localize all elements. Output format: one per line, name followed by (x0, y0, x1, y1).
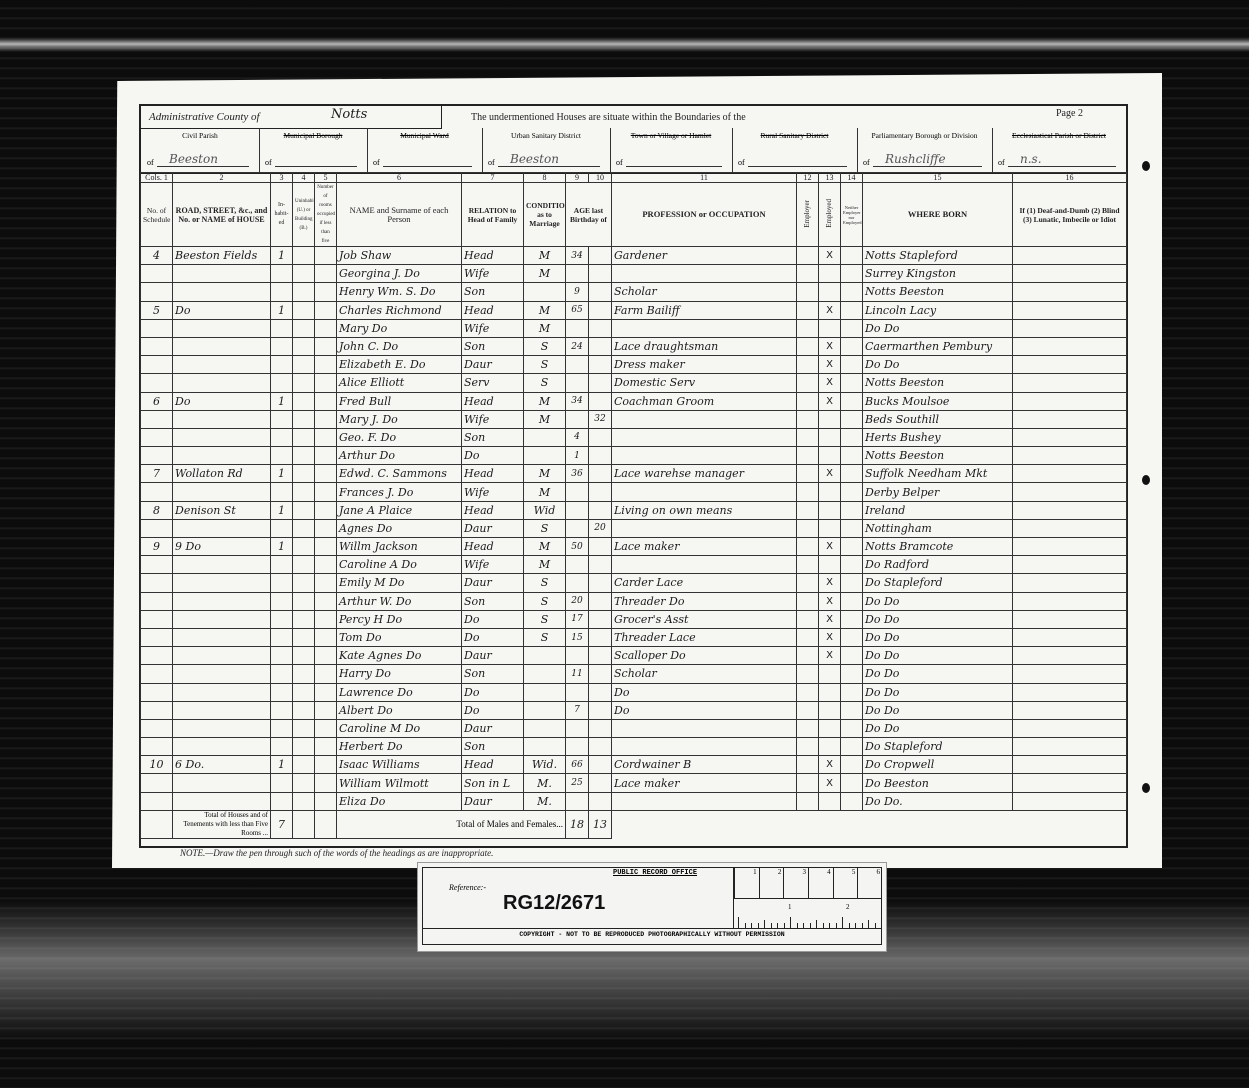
occupation: Lace draughtsman (612, 337, 797, 355)
employer (797, 719, 819, 737)
employed-mark (819, 665, 841, 683)
employer (797, 301, 819, 319)
condition (524, 447, 566, 465)
schedule-no (141, 428, 173, 446)
employed-mark: X (819, 628, 841, 646)
occupation: Do (612, 701, 797, 719)
uninhabited (293, 738, 315, 756)
totals-blank (141, 810, 173, 838)
column-number: 7 (462, 173, 524, 183)
infirmity (1013, 247, 1127, 265)
inhabited-count (271, 719, 293, 737)
road-name: Wollaton Rd (173, 465, 271, 483)
rooms (315, 356, 337, 374)
district-underline (383, 166, 472, 167)
employer (797, 319, 819, 337)
person-name: Edwd. C. Sammons (337, 465, 462, 483)
birthplace: Surrey Kingston (863, 265, 1013, 283)
header-infirmity: If (1) Deaf-and-Dumb (2) Blind (3) Lunat… (1013, 183, 1127, 247)
person-name: Percy H Do (337, 610, 462, 628)
census-table: Cols. 12345678910111213141516 No. of Sch… (140, 172, 1127, 839)
male-age: 17 (566, 610, 589, 628)
birthplace: Do Do (863, 683, 1013, 701)
female-age (589, 337, 612, 355)
occupation (612, 447, 797, 465)
neither (841, 610, 863, 628)
employer (797, 392, 819, 410)
neither (841, 519, 863, 537)
uninhabited (293, 265, 315, 283)
infirmity (1013, 738, 1127, 756)
employer (797, 610, 819, 628)
neither (841, 337, 863, 355)
uninhabited (293, 574, 315, 592)
male-age: 25 (566, 774, 589, 792)
male-age (566, 556, 589, 574)
neither (841, 756, 863, 774)
employed-mark (819, 265, 841, 283)
census-frame: Administrative County of Notts The under… (139, 104, 1128, 848)
condition (524, 738, 566, 756)
infirmity (1013, 719, 1127, 737)
employer (797, 574, 819, 592)
uninhabited (293, 356, 315, 374)
census-row: Percy H DoDoS17Grocer's AsstXDo Do (141, 610, 1127, 628)
neither (841, 683, 863, 701)
census-row: Alice ElliottServSDomestic ServXNotts Be… (141, 374, 1127, 392)
male-age (566, 574, 589, 592)
relation: Son (462, 428, 524, 446)
employed-mark: X (819, 301, 841, 319)
totals-blank (293, 810, 315, 838)
person-name: Caroline A Do (337, 556, 462, 574)
occupation (612, 556, 797, 574)
relation: Do (462, 701, 524, 719)
neither (841, 774, 863, 792)
condition (524, 665, 566, 683)
relation: Do (462, 610, 524, 628)
heading-note: NOTE.—Draw the pen through such of the w… (180, 848, 493, 858)
employed-mark: X (819, 538, 841, 556)
column-number: 8 (524, 173, 566, 183)
males-total: 18 (566, 810, 589, 838)
relation: Son (462, 738, 524, 756)
relation: Daur (462, 647, 524, 665)
schedule-no (141, 610, 173, 628)
male-age (566, 483, 589, 501)
female-age (589, 301, 612, 319)
birthplace: Notts Beeston (863, 447, 1013, 465)
header-condition: CONDITION as to Marriage (524, 183, 566, 247)
infirmity (1013, 792, 1127, 810)
employed-mark (819, 319, 841, 337)
occupation: Gardener (612, 247, 797, 265)
inhabited-count: 1 (271, 392, 293, 410)
neither (841, 738, 863, 756)
rooms (315, 756, 337, 774)
ruler-cm-mark: 1 (734, 868, 759, 898)
female-age: 32 (589, 410, 612, 428)
male-age (566, 719, 589, 737)
employed-mark: X (819, 392, 841, 410)
neither (841, 556, 863, 574)
birthplace: Herts Bushey (863, 428, 1013, 446)
district-of: of (147, 158, 154, 167)
employed-mark (819, 483, 841, 501)
header-employer: Employer (797, 183, 819, 247)
infirmity (1013, 756, 1127, 774)
employed-mark (819, 701, 841, 719)
employed-mark (819, 556, 841, 574)
census-row: 7Wollaton Rd1Edwd. C. SammonsHeadM36Lace… (141, 465, 1127, 483)
condition: M. (524, 774, 566, 792)
ruler-cm-mark: 3 (783, 868, 808, 898)
column-number: 5 (315, 173, 337, 183)
condition: M. (524, 792, 566, 810)
condition (524, 683, 566, 701)
uninhabited (293, 628, 315, 646)
male-age: 24 (566, 337, 589, 355)
infirmity (1013, 665, 1127, 683)
schedule-no (141, 683, 173, 701)
male-age (566, 683, 589, 701)
column-number: 6 (337, 173, 462, 183)
column-number: 12 (797, 173, 819, 183)
relation: Head (462, 538, 524, 556)
female-age (589, 501, 612, 519)
neither (841, 465, 863, 483)
schedule-no (141, 410, 173, 428)
occupation: Grocer's Asst (612, 610, 797, 628)
occupation (612, 265, 797, 283)
employer (797, 701, 819, 719)
birthplace: Do Stapleford (863, 738, 1013, 756)
district-of: of (863, 158, 870, 167)
female-age (589, 465, 612, 483)
birthplace: Notts Beeston (863, 283, 1013, 301)
district-of: of (998, 158, 1005, 167)
road-name (173, 356, 271, 374)
female-age (589, 319, 612, 337)
female-age (589, 447, 612, 465)
header-inhabited: In-habit-ed (271, 183, 293, 247)
census-rows: 4Beeston Fields1Job ShawHeadM34GardenerX… (141, 247, 1127, 839)
birthplace: Beds Southill (863, 410, 1013, 428)
female-age (589, 556, 612, 574)
schedule-no (141, 628, 173, 646)
infirmity (1013, 465, 1127, 483)
schedule-no (141, 574, 173, 592)
female-age (589, 628, 612, 646)
male-age: 34 (566, 392, 589, 410)
person-name: Albert Do (337, 701, 462, 719)
occupation: Carder Lace (612, 574, 797, 592)
female-age (589, 719, 612, 737)
relation: Serv (462, 374, 524, 392)
birthplace: Do Beeston (863, 774, 1013, 792)
infirmity (1013, 447, 1127, 465)
person-name: Alice Elliott (337, 374, 462, 392)
inhabited-count (271, 647, 293, 665)
condition: M (524, 392, 566, 410)
road-name (173, 647, 271, 665)
header-occupation: PROFESSION or OCCUPATION (612, 183, 797, 247)
relation: Son (462, 337, 524, 355)
condition: S (524, 356, 566, 374)
neither (841, 356, 863, 374)
header-road: ROAD, STREET, &c., and No. or NAME of HO… (173, 183, 271, 247)
inhabited-count (271, 447, 293, 465)
employer (797, 756, 819, 774)
inhabited-count (271, 592, 293, 610)
census-row: Eliza DoDaurM.Do Do. (141, 792, 1127, 810)
person-name: Geo. F. Do (337, 428, 462, 446)
schedule-no (141, 592, 173, 610)
male-age (566, 374, 589, 392)
employed-mark: X (819, 592, 841, 610)
inhabited-count (271, 665, 293, 683)
birthplace: Do Do (863, 719, 1013, 737)
census-row: Geo. F. DoSon4Herts Bushey (141, 428, 1127, 446)
houses-total-value: 7 (271, 810, 293, 838)
relation: Son (462, 665, 524, 683)
infirmity (1013, 592, 1127, 610)
employed-mark: X (819, 374, 841, 392)
rooms (315, 792, 337, 810)
rooms (315, 538, 337, 556)
schedule-no: 4 (141, 247, 173, 265)
employed-mark (819, 719, 841, 737)
road-name (173, 774, 271, 792)
uninhabited (293, 683, 315, 701)
occupation: Lace warehse manager (612, 465, 797, 483)
person-name: Mary Do (337, 319, 462, 337)
schedule-no (141, 665, 173, 683)
record-office-title: PUBLIC RECORD OFFICE (613, 869, 697, 877)
rooms (315, 428, 337, 446)
male-age: 9 (566, 283, 589, 301)
column-number-row: Cols. 12345678910111213141516 (141, 173, 1127, 183)
road-name (173, 610, 271, 628)
column-number: 11 (612, 173, 797, 183)
employer (797, 665, 819, 683)
infirmity (1013, 483, 1127, 501)
inhabited-count: 1 (271, 538, 293, 556)
uninhabited (293, 247, 315, 265)
person-name: Frances J. Do (337, 483, 462, 501)
inhabited-count (271, 410, 293, 428)
person-name: Kate Agnes Do (337, 647, 462, 665)
neither (841, 410, 863, 428)
relation: Head (462, 301, 524, 319)
schedule-no (141, 319, 173, 337)
rooms (315, 410, 337, 428)
district-ecclesiastical-parish-or-district: Ecclesiastical Parish or Districtofn.s. (992, 128, 1126, 172)
district-civil-parish: Civil ParishofBeeston (141, 128, 260, 172)
female-age (589, 665, 612, 683)
district-value: Beeston (510, 152, 559, 166)
occupation: Scalloper Do (612, 647, 797, 665)
inhabited-count: 1 (271, 465, 293, 483)
inhabited-count: 1 (271, 247, 293, 265)
census-row: Herbert DoSonDo Stapleford (141, 738, 1127, 756)
ruler-inch-mark: 1 (788, 903, 792, 911)
females-total: 13 (589, 810, 612, 838)
person-name: Arthur W. Do (337, 592, 462, 610)
copyright-notice: COPYRIGHT - NOT TO BE REPRODUCED PHOTOGR… (423, 928, 881, 938)
census-row: Tom DoDoS15Threader LaceXDo Do (141, 628, 1127, 646)
employer (797, 792, 819, 810)
inhabited-count (271, 628, 293, 646)
female-age (589, 738, 612, 756)
road-name (173, 265, 271, 283)
uninhabited (293, 756, 315, 774)
column-number: Cols. 1 (141, 173, 173, 183)
rooms (315, 774, 337, 792)
occupation: Farm Bailiff (612, 301, 797, 319)
relation: Head (462, 501, 524, 519)
male-age (566, 738, 589, 756)
uninhabited (293, 719, 315, 737)
census-row: Arthur W. DoSonS20Threader DoXDo Do (141, 592, 1127, 610)
road-name: Do (173, 392, 271, 410)
female-age (589, 574, 612, 592)
reference-number: RG12/2671 (503, 892, 605, 915)
road-name (173, 556, 271, 574)
employer (797, 337, 819, 355)
schedule-no: 6 (141, 392, 173, 410)
employer (797, 774, 819, 792)
infirmity (1013, 647, 1127, 665)
occupation (612, 738, 797, 756)
uninhabited (293, 392, 315, 410)
road-name (173, 628, 271, 646)
neither (841, 374, 863, 392)
rooms (315, 392, 337, 410)
occupation: Threader Do (612, 592, 797, 610)
person-name: Henry Wm. S. Do (337, 283, 462, 301)
birthplace: Caermarthen Pembury (863, 337, 1013, 355)
uninhabited (293, 283, 315, 301)
rooms (315, 301, 337, 319)
column-number: 3 (271, 173, 293, 183)
employer (797, 265, 819, 283)
neither (841, 501, 863, 519)
condition: S (524, 610, 566, 628)
rooms (315, 374, 337, 392)
schedule-no (141, 774, 173, 792)
neither (841, 428, 863, 446)
male-age (566, 501, 589, 519)
male-age (566, 647, 589, 665)
totals-blank (315, 810, 337, 838)
schedule-no (141, 556, 173, 574)
schedule-no: 10 (141, 756, 173, 774)
district-underline (626, 166, 722, 167)
census-row: Elizabeth E. DoDaurSDress makerXDo Do (141, 356, 1127, 374)
ruler-cm-mark: 6 (857, 868, 882, 898)
inhabited-count (271, 701, 293, 719)
person-name: Herbert Do (337, 738, 462, 756)
employed-mark (819, 792, 841, 810)
header-uninhabited: Uninhabited (U.) or Building (B.) (293, 183, 315, 247)
female-age (589, 592, 612, 610)
schedule-no (141, 647, 173, 665)
female-age (589, 283, 612, 301)
road-name (173, 792, 271, 810)
birthplace: Do Radford (863, 556, 1013, 574)
census-row: 6Do1Fred BullHeadM34Coachman GroomXBucks… (141, 392, 1127, 410)
occupation: Dress maker (612, 356, 797, 374)
inhabited-count (271, 683, 293, 701)
header-relation: RELATION to Head of Family (462, 183, 524, 247)
infirmity (1013, 337, 1127, 355)
birthplace: Bucks Moulsoe (863, 392, 1013, 410)
male-age (566, 410, 589, 428)
uninhabited (293, 792, 315, 810)
district-parliamentary-borough-or-division: Parliamentary Borough or DivisionofRushc… (857, 128, 993, 172)
occupation: Scholar (612, 283, 797, 301)
employed-mark: X (819, 574, 841, 592)
employer (797, 247, 819, 265)
employed-mark (819, 501, 841, 519)
header-employed: Employed (819, 183, 841, 247)
column-header-row: No. of Schedule ROAD, STREET, &c., and N… (141, 183, 1127, 247)
condition: M (524, 483, 566, 501)
employed-mark (819, 447, 841, 465)
uninhabited (293, 301, 315, 319)
district-of: of (738, 158, 745, 167)
condition (524, 428, 566, 446)
census-row: Caroline M DoDaurDo Do (141, 719, 1127, 737)
neither (841, 792, 863, 810)
uninhabited (293, 374, 315, 392)
condition: M (524, 301, 566, 319)
infirmity (1013, 265, 1127, 283)
inhabited-count (271, 610, 293, 628)
condition: S (524, 574, 566, 592)
uninhabited (293, 410, 315, 428)
district-underline (157, 166, 249, 167)
schedule-no (141, 337, 173, 355)
infirmity (1013, 428, 1127, 446)
census-row: 5Do1Charles RichmondHeadM65Farm BailiffX… (141, 301, 1127, 319)
person-name: Fred Bull (337, 392, 462, 410)
inhabited-count (271, 556, 293, 574)
employer (797, 483, 819, 501)
condition (524, 701, 566, 719)
person-name: Job Shaw (337, 247, 462, 265)
rooms (315, 665, 337, 683)
census-row: Georgina J. DoWifeMSurrey Kingston (141, 265, 1127, 283)
rooms (315, 701, 337, 719)
inhabited-count (271, 574, 293, 592)
inhabited-count (271, 792, 293, 810)
census-sheet: Administrative County of Notts The under… (112, 73, 1162, 868)
uninhabited (293, 538, 315, 556)
male-age: 34 (566, 247, 589, 265)
admin-county-label: Administrative County of (149, 111, 260, 123)
person-name: Arthur Do (337, 447, 462, 465)
road-name (173, 283, 271, 301)
employed-mark (819, 519, 841, 537)
infirmity (1013, 538, 1127, 556)
district-underline (275, 166, 357, 167)
rooms (315, 501, 337, 519)
relation: Head (462, 392, 524, 410)
male-age: 11 (566, 665, 589, 683)
census-row: Henry Wm. S. DoSon9ScholarNotts Beeston (141, 283, 1127, 301)
